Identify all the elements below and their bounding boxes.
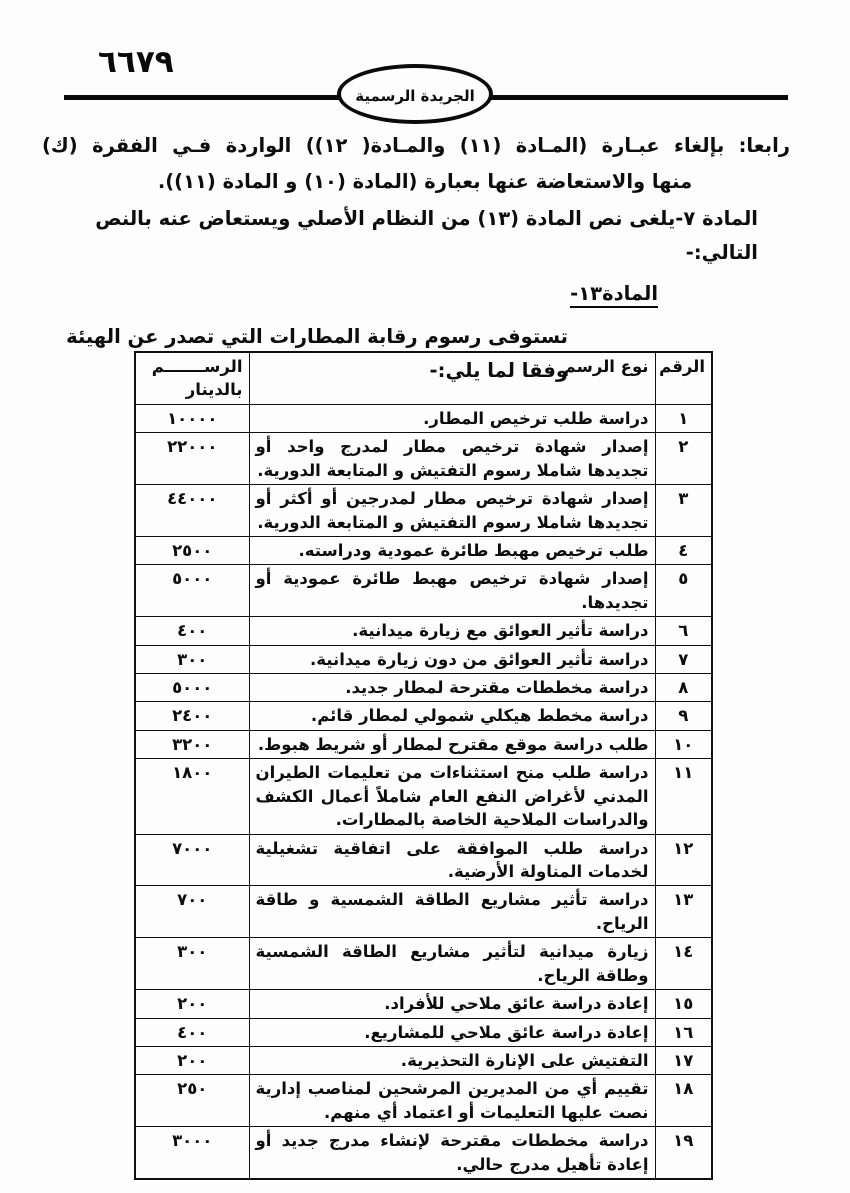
table-row: ١٥إعادة دراسة عائق ملاحي للأفراد.٢٠٠ (135, 990, 712, 1018)
article13-heading-text: المادة١٣- (570, 282, 658, 308)
table-row: ١٠طلب دراسة موقع مقترح لمطار أو شريط هبو… (135, 730, 712, 758)
column-header-fee-amount: الرســـــــم بالدينار (135, 352, 249, 404)
fee-amount-cell: ١٠٠٠٠ (135, 404, 249, 432)
fee-amount-cell: ٤٠٠ (135, 1018, 249, 1046)
table-row: ١٧التفتيش على الإنارة التحذيرية.٢٠٠ (135, 1046, 712, 1074)
article13-heading: المادة١٣- (40, 277, 810, 311)
row-number-cell: ٥ (655, 565, 712, 617)
column-header-number: الرقم (655, 352, 712, 404)
fee-type-cell: دراسة مخططات مقترحة لإنشاء مدرج جديد أو … (249, 1127, 655, 1179)
table-row: ٩دراسة مخطط هيكلي شمولي لمطار قائم.٢٤٠٠ (135, 702, 712, 730)
row-number-cell: ١٢ (655, 834, 712, 886)
fee-amount-cell: ٢٠٠ (135, 990, 249, 1018)
fee-amount-cell: ٢٥٠ (135, 1075, 249, 1127)
fees-table: الرقم نوع الرسم الرســـــــم بالدينار ١د… (134, 351, 713, 1180)
row-number-cell: ٩ (655, 702, 712, 730)
row-number-cell: ١١ (655, 759, 712, 834)
fee-type-cell: دراسة طلب الموافقة على اتفاقية تشغيلية ل… (249, 834, 655, 886)
fee-type-cell: إصدار شهادة ترخيص مطار لمدرجين أو أكثر أ… (249, 485, 655, 537)
gazette-page: ٦٦٧٩ الجريدة الرسمية رابعا: بإلغاء عبـار… (0, 0, 850, 1193)
fee-type-cell: دراسة تأثير العوائق من دون زيارة ميدانية… (249, 645, 655, 673)
fee-type-cell: طلب ترخيص مهبط طائرة عمودية ودراسته. (249, 536, 655, 564)
fee-amount-cell: ٤٠٠ (135, 617, 249, 645)
row-number-cell: ١٦ (655, 1018, 712, 1046)
column-header-fee-type: نوع الرسم (249, 352, 655, 404)
table-row: ٨دراسة مخططات مقترحة لمطار جديد.٥٠٠٠ (135, 674, 712, 702)
fee-type-cell: دراسة تأثير العوائق مع زيارة ميدانية. (249, 617, 655, 645)
page-number: ٦٦٧٩ (98, 44, 174, 80)
fee-type-cell: إصدار شهادة ترخيص مهبط طائرة عمودية أو ت… (249, 565, 655, 617)
fee-header-line1: الرســـــــم (142, 355, 243, 378)
row-number-cell: ٢ (655, 433, 712, 485)
fee-amount-cell: ١٨٠٠ (135, 759, 249, 834)
row-number-cell: ٨ (655, 674, 712, 702)
table-row: ١١دراسة طلب منح استثناءات من تعليمات الط… (135, 759, 712, 834)
fee-type-cell: زيارة ميدانية لتأثير مشاريع الطاقة الشمس… (249, 938, 655, 990)
fee-table-rows: ١دراسة طلب ترخيص المطار.١٠٠٠٠٢إصدار شهاد… (135, 404, 712, 1179)
fee-amount-cell: ٣٠٠ (135, 938, 249, 990)
table-row: ١دراسة طلب ترخيص المطار.١٠٠٠٠ (135, 404, 712, 432)
row-number-cell: ١٩ (655, 1127, 712, 1179)
clause-fourth-line1: رابعا: بإلغاء عبـارة (المـادة (١١) والمـ… (40, 129, 810, 163)
row-number-cell: ٤ (655, 536, 712, 564)
fee-type-cell: إصدار شهادة ترخيص مطار لمدرج واحد أو تجد… (249, 433, 655, 485)
fee-type-cell: إعادة دراسة عائق ملاحي للمشاريع. (249, 1018, 655, 1046)
table-row: ٧دراسة تأثير العوائق من دون زيارة ميداني… (135, 645, 712, 673)
fee-amount-cell: ٤٤٠٠٠ (135, 485, 249, 537)
row-number-cell: ١ (655, 404, 712, 432)
table-row: ١٣دراسة تأثير مشاريع الطاقة الشمسية و طا… (135, 886, 712, 938)
table-row: ٢إصدار شهادة ترخيص مطار لمدرج واحد أو تج… (135, 433, 712, 485)
fee-type-cell: دراسة مخطط هيكلي شمولي لمطار قائم. (249, 702, 655, 730)
table-header-row: الرقم نوع الرسم الرســـــــم بالدينار (135, 352, 712, 404)
article7-clause: المادة ٧-يلغى نص المادة (١٣) من النظام ا… (40, 202, 810, 270)
fee-type-cell: التفتيش على الإنارة التحذيرية. (249, 1046, 655, 1074)
fee-amount-cell: ٧٠٠ (135, 886, 249, 938)
fee-amount-cell: ٣٠٠٠ (135, 1127, 249, 1179)
article-text-block: رابعا: بإلغاء عبـارة (المـادة (١١) والمـ… (40, 129, 810, 388)
table-row: ١٤زيارة ميدانية لتأثير مشاريع الطاقة الش… (135, 938, 712, 990)
fee-type-cell: دراسة طلب ترخيص المطار. (249, 404, 655, 432)
row-number-cell: ٧ (655, 645, 712, 673)
gazette-oval-badge: الجريدة الرسمية (337, 64, 493, 124)
fee-type-cell: دراسة مخططات مقترحة لمطار جديد. (249, 674, 655, 702)
table-row: ١٨تقييم أي من المديرين المرشحين لمناصب إ… (135, 1075, 712, 1127)
table-row: ٤طلب ترخيص مهبط طائرة عمودية ودراسته.٢٥٠… (135, 536, 712, 564)
fee-amount-cell: ٣٠٠ (135, 645, 249, 673)
row-number-cell: ١٣ (655, 886, 712, 938)
fee-amount-cell: ٢٢٠٠٠ (135, 433, 249, 485)
table-row: ١٩دراسة مخططات مقترحة لإنشاء مدرج جديد أ… (135, 1127, 712, 1179)
gazette-title: الجريدة الرسمية (355, 87, 474, 105)
table-row: ٥إصدار شهادة ترخيص مهبط طائرة عمودية أو … (135, 565, 712, 617)
fee-amount-cell: ٣٢٠٠ (135, 730, 249, 758)
row-number-cell: ١٧ (655, 1046, 712, 1074)
fee-amount-cell: ٥٠٠٠ (135, 565, 249, 617)
fee-header-line2: بالدينار (142, 378, 243, 401)
fee-amount-cell: ٥٠٠٠ (135, 674, 249, 702)
row-number-cell: ١٠ (655, 730, 712, 758)
fee-type-cell: دراسة طلب منح استثناءات من تعليمات الطير… (249, 759, 655, 834)
clause-fourth-line2: منها والاستعاضة عنها بعبارة (المادة (١٠)… (40, 165, 810, 199)
row-number-cell: ١٨ (655, 1075, 712, 1127)
fee-type-cell: دراسة تأثير مشاريع الطاقة الشمسية و طاقة… (249, 886, 655, 938)
fee-amount-cell: ٢٠٠ (135, 1046, 249, 1074)
table-row: ١٦إعادة دراسة عائق ملاحي للمشاريع.٤٠٠ (135, 1018, 712, 1046)
fee-amount-cell: ٧٠٠٠ (135, 834, 249, 886)
row-number-cell: ٣ (655, 485, 712, 537)
fee-type-cell: طلب دراسة موقع مقترح لمطار أو شريط هبوط. (249, 730, 655, 758)
fee-amount-cell: ٢٥٠٠ (135, 536, 249, 564)
fee-type-cell: إعادة دراسة عائق ملاحي للأفراد. (249, 990, 655, 1018)
table-row: ٣إصدار شهادة ترخيص مطار لمدرجين أو أكثر … (135, 485, 712, 537)
fee-type-cell: تقييم أي من المديرين المرشحين لمناصب إدا… (249, 1075, 655, 1127)
row-number-cell: ٦ (655, 617, 712, 645)
table-row: ١٢دراسة طلب الموافقة على اتفاقية تشغيلية… (135, 834, 712, 886)
row-number-cell: ١٥ (655, 990, 712, 1018)
fee-amount-cell: ٢٤٠٠ (135, 702, 249, 730)
table-row: ٦دراسة تأثير العوائق مع زيارة ميدانية.٤٠… (135, 617, 712, 645)
row-number-cell: ١٤ (655, 938, 712, 990)
